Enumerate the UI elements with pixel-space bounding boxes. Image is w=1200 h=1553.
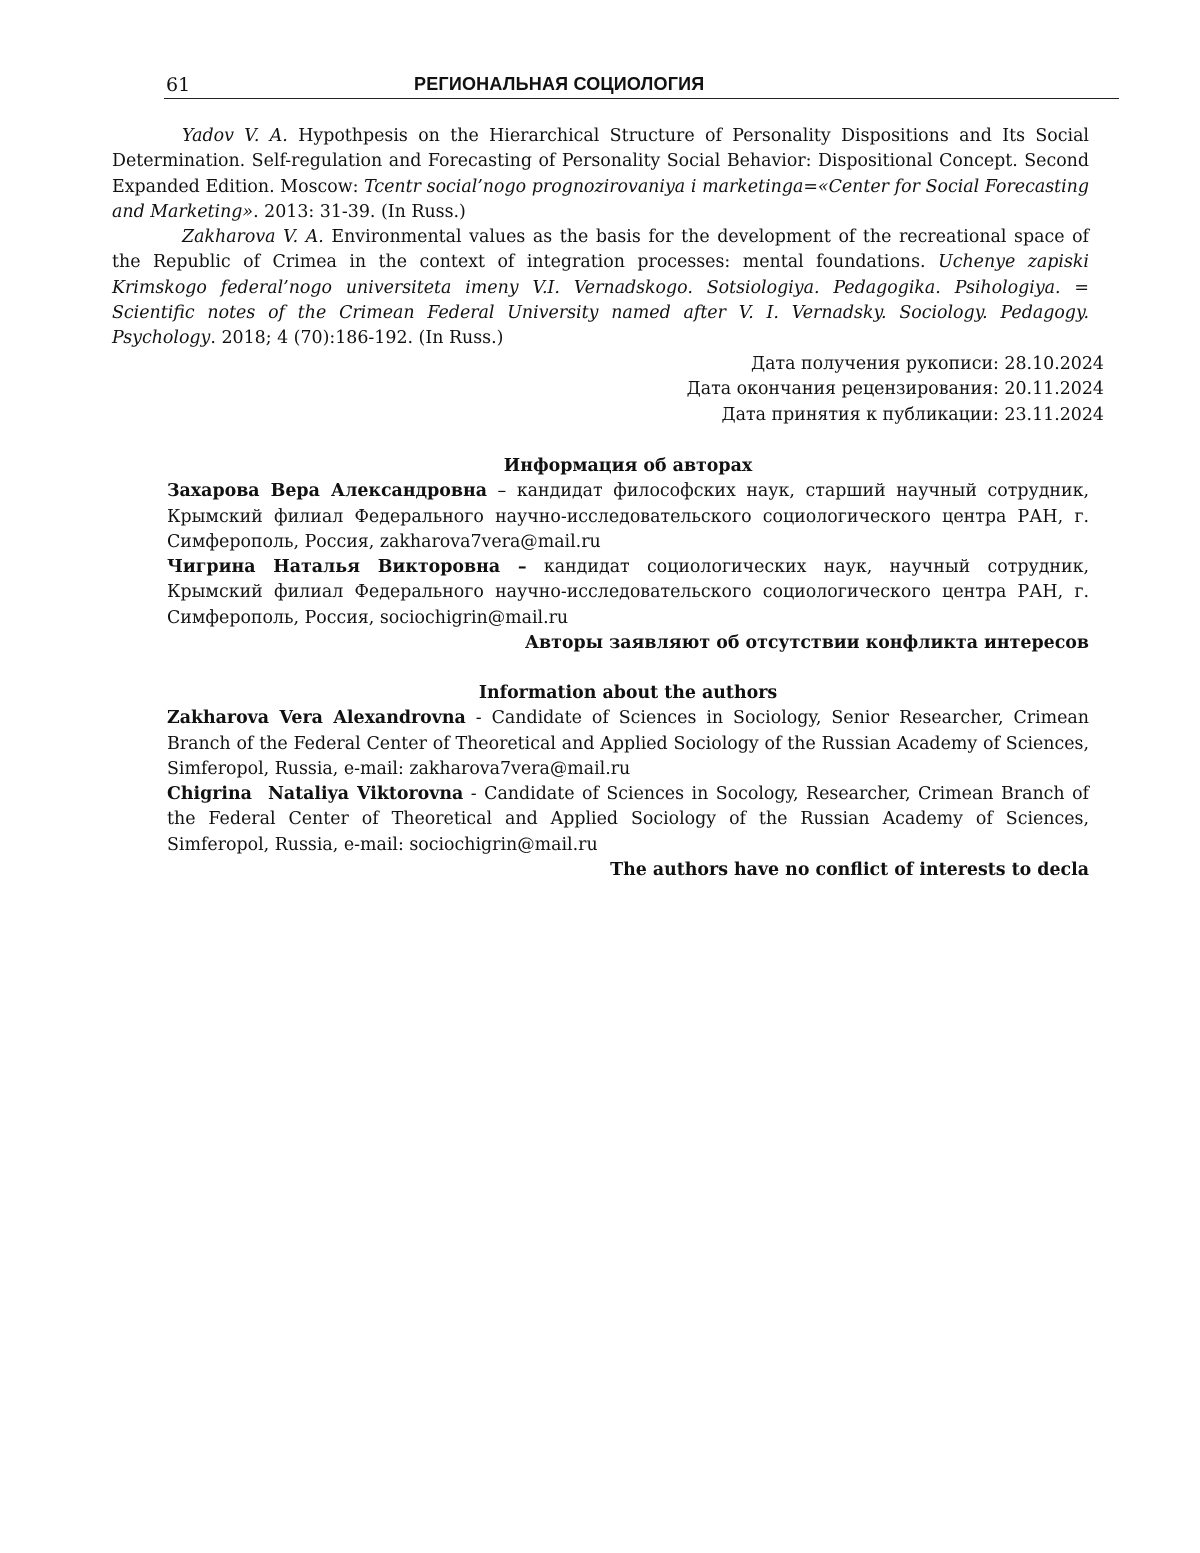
- author-entry: Захарова Вера Александровна – кандидат ф…: [167, 479, 1089, 555]
- page-header: 61 РЕГИОНАЛЬНАЯ СОЦИОЛОГИЯ: [164, 72, 1119, 99]
- date-received: Дата получения рукописи: 28.10.2024: [687, 352, 1104, 377]
- references: Yadov V. A. Hypothpesis on the Hierarchi…: [112, 124, 1089, 352]
- conflict-statement: The authors have no conflict of interest…: [167, 858, 1089, 883]
- reference-item: Yadov V. A. Hypothpesis on the Hierarchi…: [112, 124, 1089, 225]
- author-entry: Zakharova Vera Alexandrovna - Candidate …: [167, 706, 1089, 782]
- author-entry: Chigrina Nataliya Viktorovna - Candidate…: [167, 782, 1089, 858]
- section-title: Информация об авторах: [167, 454, 1089, 479]
- author-name: Захарова Вера Александровна: [167, 481, 487, 501]
- reference-author: Zakharova V. A.: [182, 227, 324, 247]
- section-title: Information about the authors: [167, 681, 1089, 706]
- reference-author: Yadov V. A.: [182, 126, 288, 146]
- author-name: Zakharova Vera Alexandrovna: [167, 708, 466, 728]
- author-name: Chigrina Nataliya Viktorovna: [167, 784, 463, 804]
- authors-info-en: Information about the authors Zakharova …: [167, 681, 1089, 883]
- author-entry: Чигрина Наталья Викторовна – кандидат со…: [167, 555, 1089, 631]
- page-number: 61: [166, 74, 190, 96]
- running-title: РЕГИОНАЛЬНАЯ СОЦИОЛОГИЯ: [414, 74, 704, 95]
- date-reviewed: Дата окончания рецензирования: 20.11.202…: [687, 377, 1104, 402]
- author-name: Чигрина Наталья Викторовна –: [167, 557, 527, 577]
- manuscript-dates: Дата получения рукописи: 28.10.2024 Дата…: [687, 352, 1104, 428]
- date-accepted: Дата принятия к публикации: 23.11.2024: [687, 403, 1104, 428]
- conflict-statement: Авторы заявляют об отсутствии конфликта …: [167, 631, 1089, 656]
- authors-info-ru: Информация об авторах Захарова Вера Алек…: [167, 454, 1089, 656]
- reference-item: Zakharova V. A. Environmental values as …: [112, 225, 1089, 351]
